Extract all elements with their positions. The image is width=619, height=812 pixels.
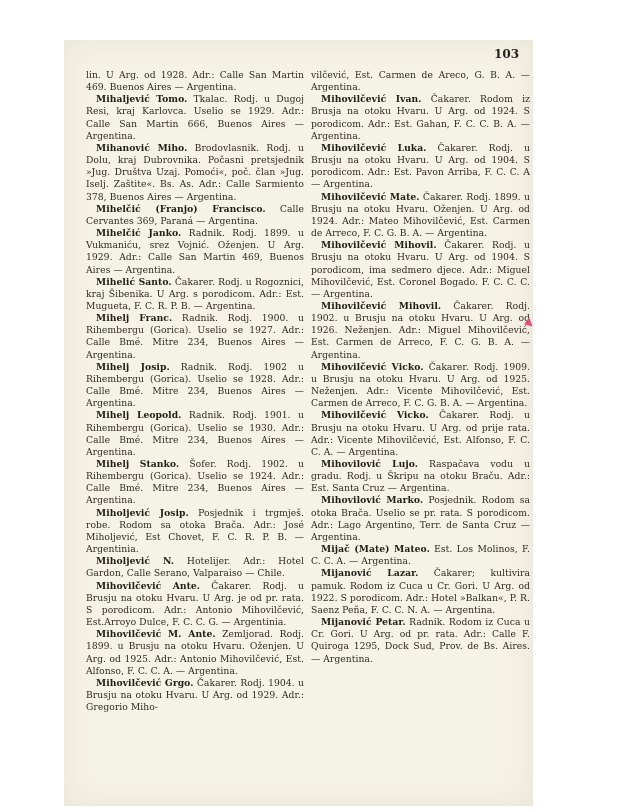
entry-name: Mihaljević Tomo. [96, 94, 187, 105]
entry-text: vilčević, Est. Carmen de Areco, G. B. A.… [311, 70, 530, 93]
directory-entry: Mihelčić (Franjo) Francisco. Calle Cerva… [86, 204, 304, 228]
entry-name: Mihelj Josip. [96, 362, 170, 373]
entry-name: Mihelj Franc. [96, 313, 172, 324]
entry-name: Mihovilčević Ivan. [321, 94, 421, 105]
directory-entry: Mijanović Petar. Radnik. Rodom iz Cuca u… [311, 617, 530, 666]
entry-name: Mihelić Santo. [96, 277, 172, 288]
directory-entry: Mihelj Josip. Radnik. Rodj. 1902 u Rihem… [86, 362, 304, 411]
directory-entry: Mihelj Stanko. Šofer. Rodj. 1902. u Rihe… [86, 459, 304, 508]
directory-entry: Mihovilčević Luka. Čakarer. Rodj. u Brus… [311, 143, 530, 192]
entry-name: Mijanović Petar. [321, 617, 406, 628]
directory-entry: Mihovilčević Ivan. Čakarer. Rodom iz Bru… [311, 94, 530, 143]
directory-entry: Mihovilović Marko. Posjednik. Rodom sa o… [311, 495, 530, 544]
directory-entry: Mihovilčević Mate. Čakarer. Rodj. 1899. … [311, 192, 530, 241]
directory-entry: Mihovilčević Mihovil. Čakarer. Rodj. u B… [311, 240, 530, 301]
entry-name: Mihovilović Lujo. [321, 459, 418, 470]
entry-name: Mihovilčević Mate. [321, 192, 420, 203]
entry-name: Miholjević Josip. [96, 508, 189, 519]
directory-entry: Mihovilčević Ante. Čakarer. Rodj. u Brus… [86, 581, 304, 630]
entry-name: Miholjević N. [96, 556, 174, 567]
directory-entry: Mihovilčević Vicko. Čakarer. Rodj. u Bru… [311, 410, 530, 459]
entry-name: Mihelčić (Franjo) Francisco. [96, 204, 266, 215]
entry-name: Mihovilčević Ante. [96, 581, 200, 592]
directory-entry: Mihanović Miho. Brodovlasnik. Rodj. u Do… [86, 143, 304, 204]
right-column: vilčević, Est. Carmen de Areco, G. B. A.… [311, 70, 530, 666]
entry-name: Mihovilčević Vicko. [321, 410, 429, 421]
directory-entry: Mihelčić Janko. Radnik. Rodj. 1899. u Vu… [86, 228, 304, 277]
entry-name: Mihelj Stanko. [96, 459, 179, 470]
entry-name: Mihovilčević Luka. [321, 143, 426, 154]
directory-entry: Mihovilčević Grgo. Čakarer. Rodj. 1904. … [86, 678, 304, 714]
directory-entry: Mihovilčević M. Ante. Zemljorad. Rodj. 1… [86, 629, 304, 678]
entry-name: Mihovilčević Mihovil. [321, 301, 441, 312]
directory-entry: Miholjević N. Hotelijer. Adr.: Hotel Gar… [86, 556, 304, 580]
left-column: lin. U Arg. od 1928. Adr.: Calle San Mar… [86, 70, 304, 714]
entry-name: Mihovilčević Mihovil. [321, 240, 437, 251]
entry-name: Mijač (Mate) Mateo. [321, 544, 430, 555]
directory-entry: Mihovilović Lujo. Raspačava vodu u gradu… [311, 459, 530, 495]
directory-entry: Mihovilčević Mihovil. Čakarer. Rodj. 190… [311, 301, 530, 362]
entry-name: Mihanović Miho. [96, 143, 187, 154]
directory-entry: Mihelj Franc. Radnik. Rodj. 1900. u Rihe… [86, 313, 304, 362]
directory-entry: Mijanović Lazar. Čakarer; kultivira pamu… [311, 568, 530, 617]
entry-name: Mihelčić Janko. [96, 228, 181, 239]
directory-entry: vilčević, Est. Carmen de Areco, G. B. A.… [311, 70, 530, 94]
directory-entry: Mihelj Leopold. Radnik. Rodj. 1901. u Ri… [86, 410, 304, 459]
entry-name: Mihovilčević M. Ante. [96, 629, 216, 640]
directory-entry: Mihaljević Tomo. Tkalac. Rodj. u Dugoj R… [86, 94, 304, 143]
directory-entry: Mijač (Mate) Mateo. Est. Los Molinos, F.… [311, 544, 530, 568]
entry-name: Mihelj Leopold. [96, 410, 181, 421]
directory-entry: Mihovilčević Vicko. Čakarer. Rodj. 1909.… [311, 362, 530, 411]
entry-name: Mihovilčević Vicko. [321, 362, 424, 373]
entry-name: Mihovilović Marko. [321, 495, 423, 506]
page-number: 103 [494, 47, 519, 61]
entry-name: Mihovilčević Grgo. [96, 678, 193, 689]
directory-entry: lin. U Arg. od 1928. Adr.: Calle San Mar… [86, 70, 304, 94]
directory-entry: Miholjević Josip. Posjednik i trgmješ. r… [86, 508, 304, 557]
directory-entry: Mihelić Santo. Čakarer. Rodj. u Rogoznic… [86, 277, 304, 313]
entry-name: Mijanović Lazar. [321, 568, 418, 579]
entry-text: lin. U Arg. od 1928. Adr.: Calle San Mar… [86, 70, 304, 93]
